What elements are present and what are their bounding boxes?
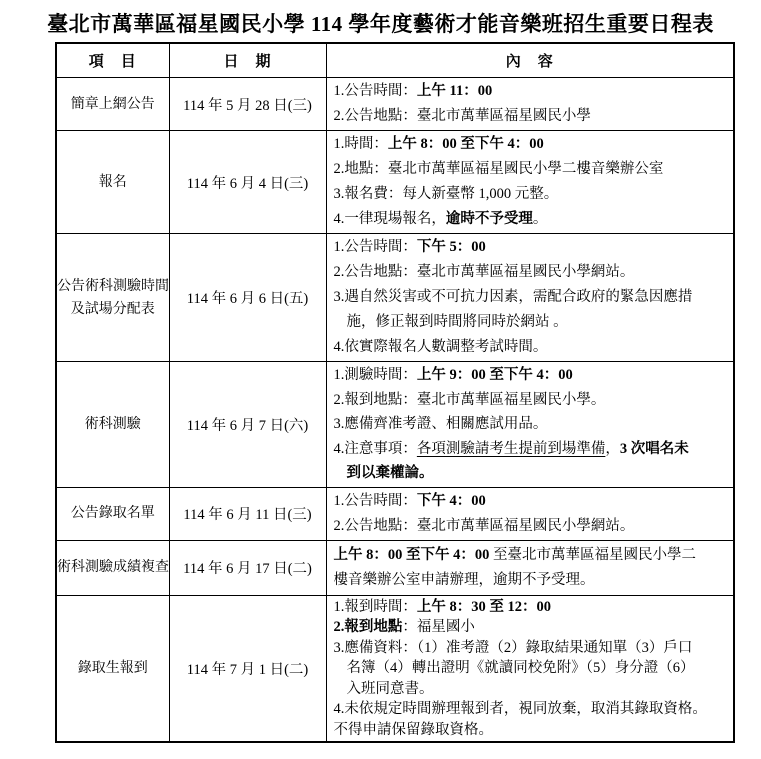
- table-row: 公告術科測驗時間及試場分配表114 年 6 月 6 日(五)1.公告時間：下午 …: [56, 234, 734, 362]
- item-cell: 報名: [56, 131, 169, 234]
- content-line: 1.公告時間：上午 11：00: [334, 79, 730, 104]
- content-line: 4.一律現場報名，逾時不予受理。: [334, 207, 730, 232]
- content-cell: 1.報到時間：上午 8：30 至 12：002.報到地點：福星國小3.應備資料：…: [326, 595, 734, 742]
- content-line: 3.應備資料：（1）准考證（2）錄取結果通知單（3）戶口: [334, 638, 730, 659]
- content-cell: 1.測驗時間：上午 9：00 至下午 4：002.報到地點：臺北市萬華區福星國民…: [326, 362, 734, 488]
- content-line: 1.公告時間：下午 4：00: [334, 489, 730, 514]
- content-line: 3.報名費：每人新臺幣 1,000 元整。: [334, 182, 730, 207]
- content-line: 上午 8：00 至下午 4：00 至臺北市萬華區福星國民小學二: [334, 543, 730, 568]
- content-line: 名簿（4）轉出證明《就讀同校免附》（5）身分證（6）: [334, 658, 730, 679]
- date-cell: 114 年 5 月 28 日(三): [169, 78, 326, 131]
- date-cell: 114 年 6 月 6 日(五): [169, 234, 326, 362]
- page-title: 臺北市萬華區福星國民小學 114 學年度藝術才能音樂班招生重要日程表: [0, 0, 761, 38]
- content-cell: 上午 8：00 至下午 4：00 至臺北市萬華區福星國民小學二樓音樂辦公室申請辦…: [326, 540, 734, 595]
- date-cell: 114 年 6 月 7 日(六): [169, 362, 326, 488]
- date-cell: 114 年 6 月 11 日(三): [169, 487, 326, 540]
- header-date: 日 期: [169, 43, 326, 78]
- item-cell: 簡章上網公告: [56, 78, 169, 131]
- item-cell: 術科測驗成績複查: [56, 540, 169, 595]
- content-line: 4.注意事項：各項測驗請考生提前到場準備，3 次唱名未: [334, 437, 730, 462]
- content-line: 入班同意書。: [334, 679, 730, 700]
- table-row: 公告錄取名單114 年 6 月 11 日(三)1.公告時間：下午 4：002.公…: [56, 487, 734, 540]
- date-cell: 114 年 7 月 1 日(二): [169, 595, 326, 742]
- content-line: 到以棄權論。: [334, 461, 730, 486]
- item-cell: 錄取生報到: [56, 595, 169, 742]
- schedule-table-body: 簡章上網公告114 年 5 月 28 日(三)1.公告時間：上午 11：002.…: [56, 78, 734, 743]
- content-line: 2.報到地點：福星國小: [334, 617, 730, 638]
- schedule-table: 項 目 日 期 內 容 簡章上網公告114 年 5 月 28 日(三)1.公告時…: [55, 42, 735, 743]
- content-line: 施，修正報到時間將同時於網站 。: [334, 310, 730, 335]
- content-line: 2.公告地點：臺北市萬華區福星國民小學: [334, 104, 730, 129]
- content-cell: 1.公告時間：上午 11：002.公告地點：臺北市萬華區福星國民小學: [326, 78, 734, 131]
- content-line: 2.報到地點：臺北市萬華區福星國民小學。: [334, 388, 730, 413]
- content-line: 1.公告時間：下午 5：00: [334, 235, 730, 260]
- item-cell: 術科測驗: [56, 362, 169, 488]
- date-cell: 114 年 6 月 17 日(二): [169, 540, 326, 595]
- content-line: 2.地點：臺北市萬華區福星國民小學二樓音樂辦公室: [334, 157, 730, 182]
- item-cell: 公告術科測驗時間及試場分配表: [56, 234, 169, 362]
- content-line: 1.報到時間：上午 8：30 至 12：00: [334, 597, 730, 618]
- table-row: 術科測驗114 年 6 月 7 日(六)1.測驗時間：上午 9：00 至下午 4…: [56, 362, 734, 488]
- content-cell: 1.時間：上午 8：00 至下午 4：002.地點：臺北市萬華區福星國民小學二樓…: [326, 131, 734, 234]
- content-line: 4.依實際報名人數調整考試時間。: [334, 335, 730, 360]
- header-content: 內 容: [326, 43, 734, 78]
- content-line: 3.遇自然災害或不可抗力因素，需配合政府的緊急因應措: [334, 285, 730, 310]
- content-line: 2.公告地點：臺北市萬華區福星國民小學網站。: [334, 514, 730, 539]
- header-item: 項 目: [56, 43, 169, 78]
- document-page: 臺北市萬華區福星國民小學 114 學年度藝術才能音樂班招生重要日程表 項 目 日…: [0, 0, 761, 759]
- table-row: 簡章上網公告114 年 5 月 28 日(三)1.公告時間：上午 11：002.…: [56, 78, 734, 131]
- content-line: 2.公告地點：臺北市萬華區福星國民小學網站。: [334, 260, 730, 285]
- date-cell: 114 年 6 月 4 日(三): [169, 131, 326, 234]
- content-line: 不得申請保留錄取資格。: [334, 720, 730, 741]
- content-line: 4.未依規定時間辦理報到者，視同放棄，取消其錄取資格。: [334, 699, 730, 720]
- content-cell: 1.公告時間：下午 5：002.公告地點：臺北市萬華區福星國民小學網站。3.遇自…: [326, 234, 734, 362]
- table-row: 錄取生報到114 年 7 月 1 日(二)1.報到時間：上午 8：30 至 12…: [56, 595, 734, 742]
- item-cell: 公告錄取名單: [56, 487, 169, 540]
- content-line: 1.測驗時間：上午 9：00 至下午 4：00: [334, 363, 730, 388]
- content-line: 樓音樂辦公室申請辦理，逾期不予受理。: [334, 568, 730, 593]
- table-header: 項 目 日 期 內 容: [56, 43, 734, 78]
- content-cell: 1.公告時間：下午 4：002.公告地點：臺北市萬華區福星國民小學網站。: [326, 487, 734, 540]
- table-row: 報名114 年 6 月 4 日(三)1.時間：上午 8：00 至下午 4：002…: [56, 131, 734, 234]
- table-row: 術科測驗成績複查114 年 6 月 17 日(二)上午 8：00 至下午 4：0…: [56, 540, 734, 595]
- content-line: 3.應備齊准考證、相關應試用品。: [334, 412, 730, 437]
- content-line: 1.時間：上午 8：00 至下午 4：00: [334, 132, 730, 157]
